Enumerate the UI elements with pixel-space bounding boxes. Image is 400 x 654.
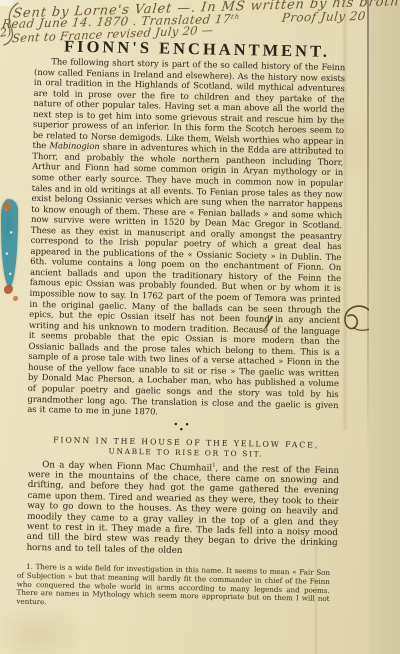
intro-text-part2: share in adventures which in the Edda ar… (27, 143, 343, 418)
handwriting-line-2b: Proof July 20 (281, 9, 367, 25)
intro-text-part1: The following short story is part of the… (32, 57, 345, 151)
story-text-part2: , and the rest of the Feinn were in the … (26, 463, 339, 556)
book-page: FIONN'S ENCHANTMENT. The following short… (0, 0, 369, 654)
page-edge-line (367, 0, 369, 460)
printed-text-block: FIONN'S ENCHANTMENT. The following short… (0, 35, 375, 613)
footnote-text: 1. There is a wide field for investigati… (16, 563, 330, 613)
mabinogion-italic-word: Mabinogion (49, 142, 99, 153)
story-paragraph: On a day when Fionn Mac Chumhail1, and t… (26, 456, 339, 559)
handwriting-gap (239, 22, 281, 23)
handwriting-margin-mark: 2) (0, 25, 12, 39)
asterism-ornament: ∙ ∙ ∙ (0, 419, 367, 436)
backdrop-strip (369, 0, 400, 654)
intro-paragraph: The following short story is part of the… (27, 57, 345, 422)
